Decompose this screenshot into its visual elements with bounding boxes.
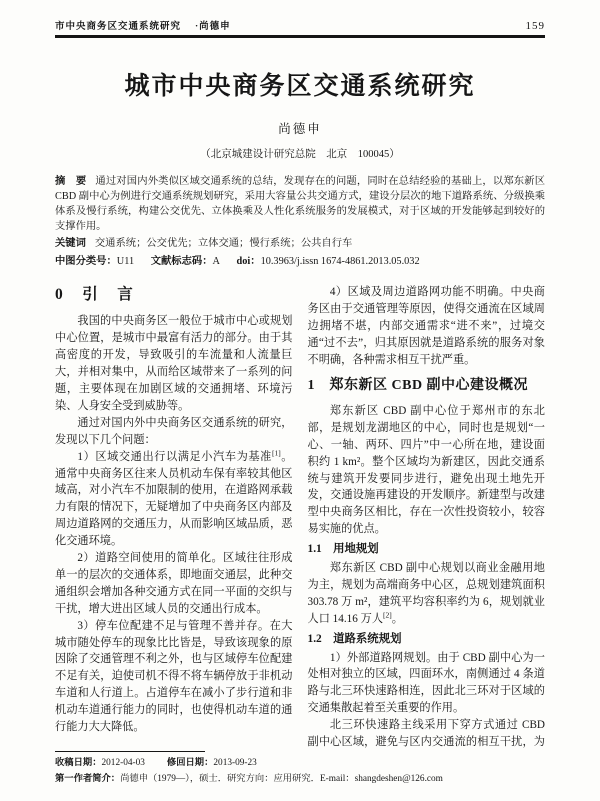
citation-ref-2: [2]	[383, 610, 392, 619]
section-heading-intro: 0 引 言	[55, 287, 293, 304]
meta-line: 中图分类号：U11 文献标志码：A doi：10.3963/j.issn 167…	[55, 255, 545, 270]
doi: doi：10.3963/j.issn 1674-4861.2013.05.032	[237, 256, 420, 267]
page-number: 159	[526, 20, 546, 32]
citation-ref-1: [1]	[272, 448, 281, 457]
received-date: 2012-04-03	[102, 758, 145, 768]
keywords-label: 关键词	[55, 238, 86, 249]
footnote: 收稿日期：2012-04-03修回日期：2013-09-23 第一作者简介：尚德…	[55, 751, 560, 787]
section-heading-1: 1 郑东新区 CBD 副中心建设概况	[308, 378, 546, 395]
keywords-text: 交通系统；公交优先；立体交通；慢行系统；公共自行车	[95, 238, 352, 249]
paragraph-problem-4: 4）区域及周边道路网功能不明确。中央商务区由于交通管理等原因，使得交通流在区域周…	[308, 284, 546, 369]
abstract-label: 摘 要	[55, 176, 86, 187]
subsection-heading-1-2: 1.2 道路系统规划	[308, 631, 546, 648]
author-affiliation: （北京城建设计研究总院 北京 100045）	[55, 146, 545, 161]
revised-date-label: 修回日期：	[167, 758, 214, 768]
paragraph-intro-2: 通过对国内外中央商务区交通系统的研究，发现以下几个问题：	[55, 415, 293, 449]
clc-number: 中图分类号：U11	[55, 256, 134, 267]
journal-page: 市中央商务区交通系统研究 ·尚德申 159 城市中央商务区交通系统研究 尚德申 …	[0, 0, 600, 801]
paragraph-landuse: 郑东新区 CBD 副中心规划以商业金融用地为主，规划为高端商务中心区，总规划建筑…	[308, 560, 546, 628]
author-name: 尚德申	[55, 119, 545, 137]
revised-date: 2013-09-23	[213, 758, 256, 768]
footnote-dates: 收稿日期：2012-04-03修回日期：2013-09-23	[55, 756, 560, 772]
abstract: 摘 要通过对国内外类似区域交通系统的总结，发现存在的问题，同时在总结经验的基础上…	[55, 175, 545, 235]
keywords: 关键词交通系统；公交优先；立体交通；慢行系统；公共自行车	[55, 237, 545, 252]
body-columns: 0 引 言 我国的中央商务区一般位于城市中心或规划中心位置，是城市中最富有活力的…	[55, 284, 545, 750]
paragraph-problem-3: 3）停车位配建不足与管理不善并存。在大城市随处停车的现象比比皆是，导致该现象的原…	[55, 618, 293, 736]
article-title: 城市中央商务区交通系统研究	[55, 66, 545, 102]
subsection-heading-1-1: 1.1 用地规划	[308, 541, 546, 558]
header-rule	[55, 35, 545, 38]
document-code: 文献标志码：A	[151, 256, 220, 267]
received-date-label: 收稿日期：	[55, 758, 102, 768]
left-column: 0 引 言 我国的中央商务区一般位于城市中心或规划中心位置，是城市中最富有活力的…	[55, 284, 293, 750]
paragraph-intro-1: 我国的中央商务区一般位于城市中心或规划中心位置，是城市中最富有活力的部分。由于其…	[55, 313, 293, 414]
paragraph-problem-2: 2）道路空间使用的简单化。区域往往形成单一的层次的交通体系，即地面交通层，此种交…	[55, 550, 293, 618]
running-header: 市中央商务区交通系统研究 ·尚德申 159	[55, 18, 545, 32]
abstract-text: 通过对国内外类似区域交通系统的总结，发现存在的问题，同时在总结经验的基础上，以郑…	[55, 176, 545, 232]
running-author: ·尚德申	[195, 18, 231, 32]
paragraph-roadnet-2: 北三环快速路主线采用下穿方式通过 CBD 副中心区域，避免与区内交通流的相互干扰…	[308, 717, 546, 750]
running-title: 市中央商务区交通系统研究	[55, 18, 181, 32]
footnote-rule	[55, 751, 205, 752]
paragraph-section1-1: 郑东新区 CBD 副中心位于郑州市的东北部，是规划龙湖地区的中心，同时也是规划“…	[308, 403, 546, 538]
paragraph-roadnet-1: 1）外部道路网规划。由于 CBD 副中心为一处相对独立的区域，四面环水，南侧通过…	[308, 650, 546, 718]
right-column: 4）区域及周边道路网功能不明确。中央商务区由于交通管理等原因，使得交通流在区域周…	[308, 284, 546, 750]
author-bio: 尚德申（1979—），硕士．研究方向：应用研究．E-mail：shangdesh…	[120, 774, 443, 784]
author-bio-label: 第一作者简介：	[55, 774, 120, 784]
paragraph-problem-1: 1）区域交通出行以满足小汽车为基准[1]。通常中央商务区往来人员机动车保有率较其…	[55, 449, 293, 550]
footnote-bio: 第一作者简介：尚德申（1979—），硕士．研究方向：应用研究．E-mail：sh…	[55, 772, 560, 788]
